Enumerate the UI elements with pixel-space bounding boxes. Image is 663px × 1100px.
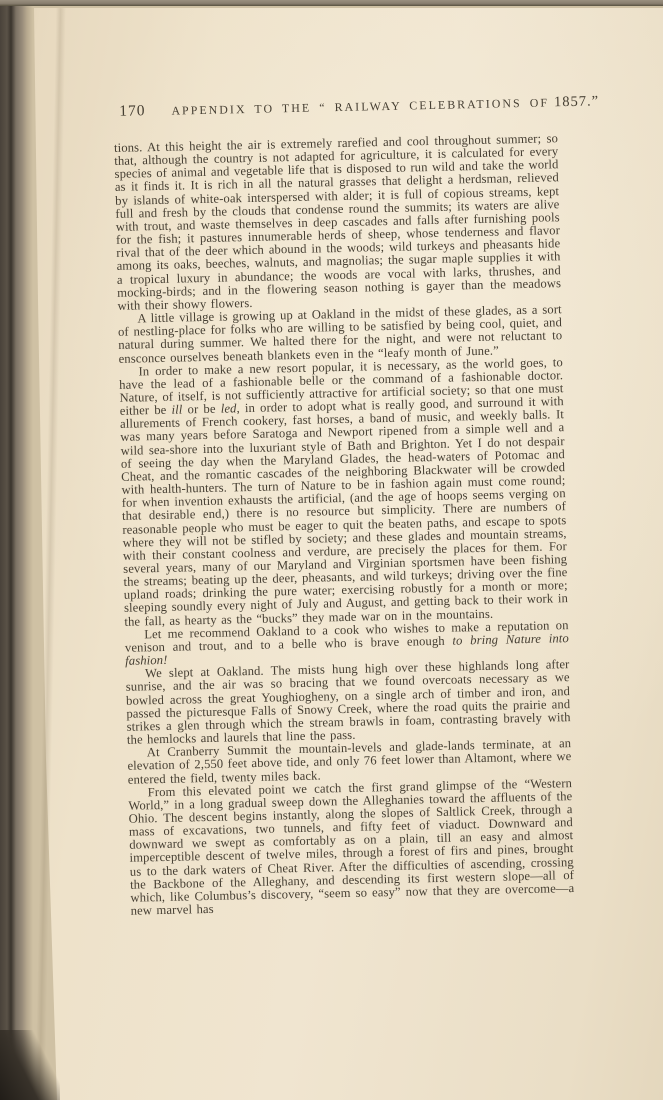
italic-text: ill	[171, 403, 182, 417]
body-text-run: From this elevated point we catch the fi…	[128, 776, 574, 918]
body-text-run: , in order to adopt what is really good,…	[120, 394, 568, 628]
paragraph: In order to make a new resort popular, i…	[119, 356, 569, 629]
page-number: 170	[119, 102, 146, 121]
running-header-year: 1857.”	[554, 93, 599, 111]
paragraph: We slept at Oakland. The mists hung high…	[125, 658, 571, 747]
paragraph: tions. At this height the air is extreme…	[114, 132, 562, 313]
body-text-run: We slept at Oakland. The mists hung high…	[126, 657, 571, 746]
page-body: tions. At this height the air is extreme…	[114, 132, 575, 918]
body-text-run: tions. At this height the air is extreme…	[114, 131, 561, 313]
printed-content: 170 APPENDIX TO THE “ RAILWAY CELEBRATIO…	[113, 93, 575, 918]
bottom-left-shadow	[0, 1030, 60, 1100]
paragraph: From this elevated point we catch the fi…	[128, 777, 575, 918]
scanned-book-page: 170 APPENDIX TO THE “ RAILWAY CELEBRATIO…	[0, 0, 663, 1100]
book-cover-top-edge	[0, 0, 663, 6]
